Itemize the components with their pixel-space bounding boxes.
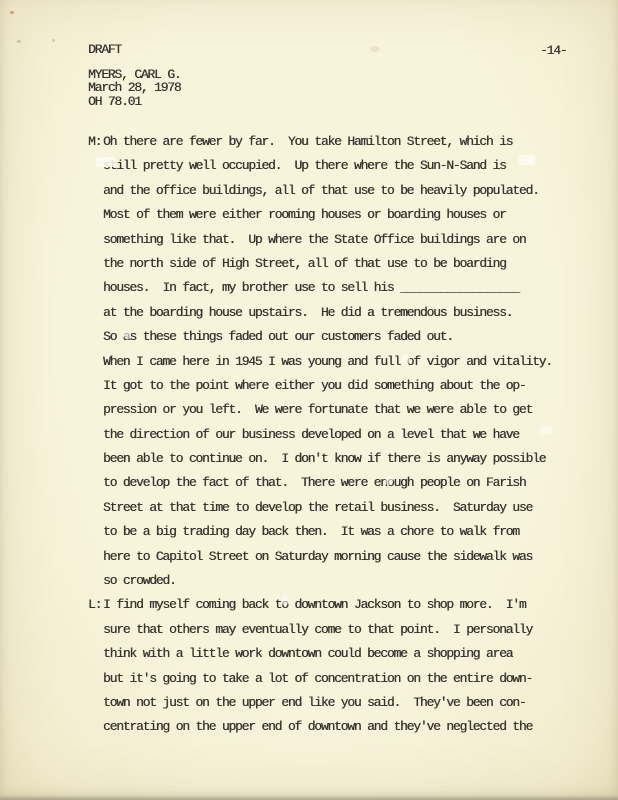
paper-speck xyxy=(17,40,21,43)
transcript-line: but it's going to take a lot of concentr… xyxy=(103,667,593,691)
transcript-line: still pretty well occupied. Up there whe… xyxy=(103,154,593,178)
transcript-line: the direction of our business developed … xyxy=(103,423,593,447)
paper-speck xyxy=(370,46,380,52)
transcript-line: I find myself coming back to downtown Ja… xyxy=(103,593,593,617)
scanned-document-page: DRAFT -14- MYERS, CARL G. March 28, 1978… xyxy=(0,0,618,800)
transcript-line: here to Capitol Street on Saturday morni… xyxy=(103,545,593,569)
transcript-line: think with a little work downtown could … xyxy=(103,642,593,666)
interview-date: March 28, 1978 xyxy=(88,81,180,94)
page-number: -14- xyxy=(540,44,600,58)
reference-number: OH 78.01 xyxy=(88,95,180,108)
transcript-line: It got to the point where either you did… xyxy=(103,374,593,398)
transcript-line: so crowded. xyxy=(103,569,593,593)
transcript-line: at the boarding house upstairs. He did a… xyxy=(103,301,593,325)
draft-label: DRAFT xyxy=(88,43,121,57)
transcript-line: houses. In fact, my brother use to sell … xyxy=(103,276,593,300)
transcript-line: When I came here in 1945 I was young and… xyxy=(103,350,593,374)
paper-speck xyxy=(10,11,14,14)
speech-block-l: L: I find myself coming back to downtown… xyxy=(88,593,593,739)
paper-speck xyxy=(52,39,55,42)
transcript-line: the north side of High Street, all of th… xyxy=(103,252,593,276)
speech-lines: Oh there are fewer by far. You take Hami… xyxy=(103,130,593,593)
transcript-line: sure that others may eventually come to … xyxy=(103,618,593,642)
transcript-line: to develop the fact of that. There were … xyxy=(103,471,593,495)
transcript-line: Street at that time to develop the retai… xyxy=(103,496,593,520)
transcript-line: something like that. Up where the State … xyxy=(103,228,593,252)
transcript-line: Oh there are fewer by far. You take Hami… xyxy=(103,130,593,154)
transcript: M: Oh there are fewer by far. You take H… xyxy=(88,130,593,740)
transcript-line: town not just on the upper end like you … xyxy=(103,691,593,715)
transcript-line: Most of them were either rooming houses … xyxy=(103,203,593,227)
scan-bottom-edge xyxy=(0,795,618,800)
transcript-line: centrating on the upper end of downtown … xyxy=(103,715,593,739)
transcript-line: been able to continue on. I don't know i… xyxy=(103,447,593,471)
speaker-label: L: xyxy=(88,593,101,617)
speech-lines: I find myself coming back to downtown Ja… xyxy=(103,593,593,739)
document-meta: MYERS, CARL G. March 28, 1978 OH 78.01 xyxy=(88,68,180,108)
transcript-line: So as these things faded out our custome… xyxy=(103,325,593,349)
speaker-label: M: xyxy=(88,130,101,154)
interviewee-name: MYERS, CARL G. xyxy=(88,68,180,81)
transcript-line: and the office buildings, all of that us… xyxy=(103,179,593,203)
transcript-line: to be a big trading day back then. It wa… xyxy=(103,520,593,544)
transcript-line: pression or you left. We were fortunate … xyxy=(103,398,593,422)
speech-block-m: M: Oh there are fewer by far. You take H… xyxy=(88,130,593,593)
